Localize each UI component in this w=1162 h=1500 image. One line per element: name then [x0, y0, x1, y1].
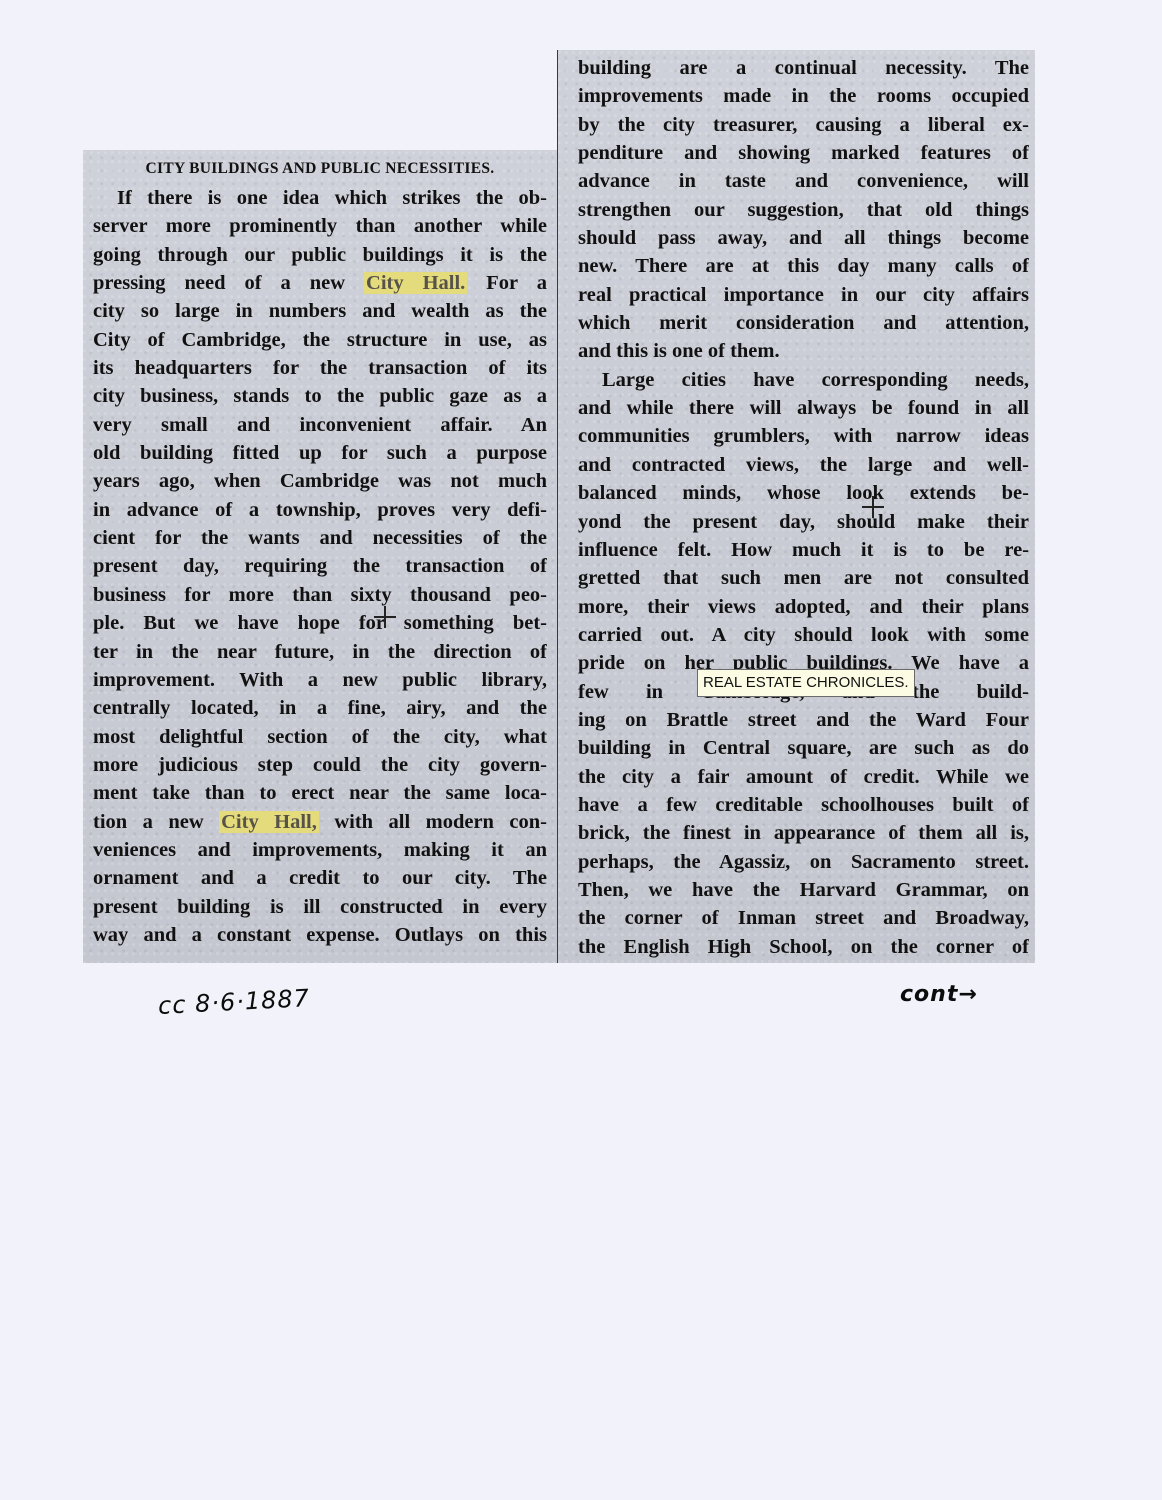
text-line: communities grumblers, with narrow ideas — [578, 422, 1029, 450]
text-line: improvement. With a new public library, — [93, 666, 547, 694]
text-line: penditure and showing marked features of — [578, 139, 1029, 167]
text-line: gretted that such men are not consulted — [578, 564, 1029, 592]
hover-tooltip: REAL ESTATE CHRONICLES. — [697, 669, 915, 697]
handwritten-continued-note: cont→ — [900, 982, 978, 1007]
article-headline: CITY BUILDINGS AND PUBLIC NECESSITIES. — [93, 158, 547, 180]
text-line: the corner of Inman street and Broadway, — [578, 904, 1029, 932]
text-line: new. There are at this day many calls of — [578, 252, 1029, 280]
text-line: tion a new City Hall, with all modern co… — [93, 808, 547, 836]
text-fragment: For a — [467, 272, 547, 294]
text-fragment: tion a new — [93, 811, 219, 833]
text-line: ple. But we have hope for something bet- — [93, 609, 547, 637]
text-line: present day, requiring the transaction o… — [93, 552, 547, 580]
text-line: advance in taste and convenience, will — [578, 167, 1029, 195]
text-line: strengthen our suggestion, that old thin… — [578, 196, 1029, 224]
text-line: improvements made in the rooms occupied — [578, 82, 1029, 110]
text-line: yond the present day, should make their — [578, 508, 1029, 536]
text-line: pressing need of a new City Hall. For a — [93, 269, 547, 297]
text-line: building in Central square, are such as … — [578, 734, 1029, 762]
text-line: cient for the wants and necessities of t… — [93, 524, 547, 552]
text-line: the English High School, on the corner o… — [578, 933, 1029, 961]
text-line: the city a fair amount of credit. While … — [578, 763, 1029, 791]
text-line: ornament and a credit to our city. The — [93, 864, 547, 892]
text-line: business for more than sixty thousand pe… — [93, 581, 547, 609]
text-line: brick, the finest in appearance of them … — [578, 819, 1029, 847]
text-line: balanced minds, whose look extends be- — [578, 479, 1029, 507]
text-line: way and a constant expense. Outlays on t… — [93, 921, 547, 949]
text-line: more judicious step could the city gover… — [93, 751, 547, 779]
text-line: veniences and improvements, making it an — [93, 836, 547, 864]
text-line: City of Cambridge, the structure in use,… — [93, 326, 547, 354]
text-line: present building is ill constructed in e… — [93, 893, 547, 921]
text-line: Large cities have corresponding needs, — [578, 366, 1029, 394]
text-line: If there is one idea which strikes the o… — [93, 184, 547, 212]
text-line: going through our public buildings it is… — [93, 241, 547, 269]
text-line: ing on Brattle street and the Ward Four — [578, 706, 1029, 734]
search-highlight[interactable]: City Hall. — [364, 272, 467, 294]
text-line: ter in the near future, in the direction… — [93, 638, 547, 666]
text-line: in advance of a township, proves very de… — [93, 496, 547, 524]
text-line: perhaps, the Agassiz, on Sacramento stre… — [578, 848, 1029, 876]
text-line: real practical importance in our city af… — [578, 281, 1029, 309]
text-line: city so large in numbers and wealth as t… — [93, 297, 547, 325]
text-line: more, their views adopted, and their pla… — [578, 593, 1029, 621]
right-column-clipping: building are a continual necessity. Thei… — [557, 50, 1035, 963]
left-column-text: If there is one idea which strikes the o… — [93, 184, 547, 949]
text-line: ment take than to erect near the same lo… — [93, 779, 547, 807]
text-line: centrally located, in a fine, airy, and … — [93, 694, 547, 722]
text-line: its headquarters for the transaction of … — [93, 354, 547, 382]
text-line: influence felt. How much it is to be re- — [578, 536, 1029, 564]
text-fragment: pressing need of a new — [93, 272, 364, 294]
text-fragment: with all modern con- — [319, 811, 547, 833]
text-line: building are a continual necessity. The — [578, 54, 1029, 82]
text-line: years ago, when Cambridge was not much — [93, 467, 547, 495]
text-line: and while there will always be found in … — [578, 394, 1029, 422]
text-line: and this is one of them. — [578, 337, 1029, 365]
text-line: server more prominently than another whi… — [93, 212, 547, 240]
left-column-clipping: CITY BUILDINGS AND PUBLIC NECESSITIES. I… — [83, 150, 557, 963]
text-line: have a few creditable schoolhouses built… — [578, 791, 1029, 819]
text-line: should pass away, and all things become — [578, 224, 1029, 252]
text-line: city business, stands to the public gaze… — [93, 382, 547, 410]
handwritten-date-note: cc 8·6·1887 — [157, 984, 310, 1020]
search-highlight[interactable]: City Hall, — [219, 811, 319, 833]
text-line: very small and inconvenient affair. An — [93, 411, 547, 439]
text-line: carried out. A city should look with som… — [578, 621, 1029, 649]
text-line: most delightful section of the city, wha… — [93, 723, 547, 751]
crosshair-cursor-icon — [862, 496, 884, 518]
text-line: by the city treasurer, causing a liberal… — [578, 111, 1029, 139]
crosshair-cursor-icon — [374, 606, 396, 628]
text-line: Then, we have the Harvard Grammar, on — [578, 876, 1029, 904]
text-line: which merit consideration and attention, — [578, 309, 1029, 337]
text-line: old building fitted up for such a purpos… — [93, 439, 547, 467]
right-column-text: building are a continual necessity. Thei… — [578, 54, 1029, 961]
text-line: and contracted views, the large and well… — [578, 451, 1029, 479]
